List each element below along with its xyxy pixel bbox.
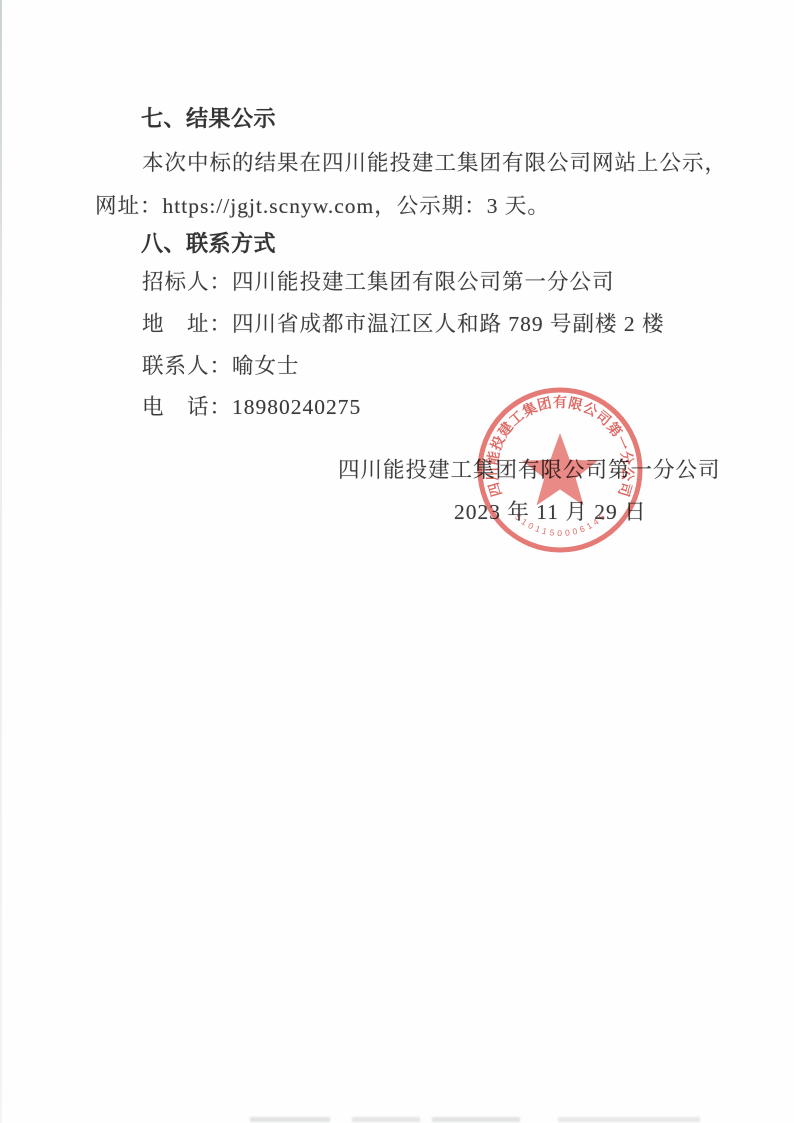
company-seal: 四川能投建工集团有限公司第一分公司 5101150006145 <box>472 382 648 558</box>
section-7-heading: 七、结果公示 <box>141 102 276 133</box>
scan-edge-artifact <box>0 0 2 1123</box>
seal-star-icon <box>522 433 598 505</box>
seal-serial-number: 5101150006145 <box>513 512 607 538</box>
contact-line-contact-person: 联系人：喻女士 <box>142 349 300 380</box>
section-8-heading: 八、联系方式 <box>141 227 276 258</box>
contact-line-tenderer: 招标人：四川能投建工集团有限公司第一分公司 <box>142 265 615 296</box>
scanned-document-page: 七、结果公示 本次中标的结果在四川能投建工集团有限公司网站上公示， 网址：htt… <box>0 0 794 1123</box>
contact-line-address: 地 址：四川省成都市温江区人和路 789 号副楼 2 楼 <box>142 307 665 338</box>
company-seal-graphic: 四川能投建工集团有限公司第一分公司 5101150006145 <box>472 382 648 558</box>
section-7-paragraph-line-2: 网址：https://jgjt.scnyw.com，公示期：3 天。 <box>95 189 550 220</box>
contact-line-phone: 电 话：18980240275 <box>142 390 361 421</box>
scan-bottom-artifact <box>0 1117 794 1122</box>
section-7-paragraph-line-1: 本次中标的结果在四川能投建工集团有限公司网站上公示， <box>142 146 727 177</box>
